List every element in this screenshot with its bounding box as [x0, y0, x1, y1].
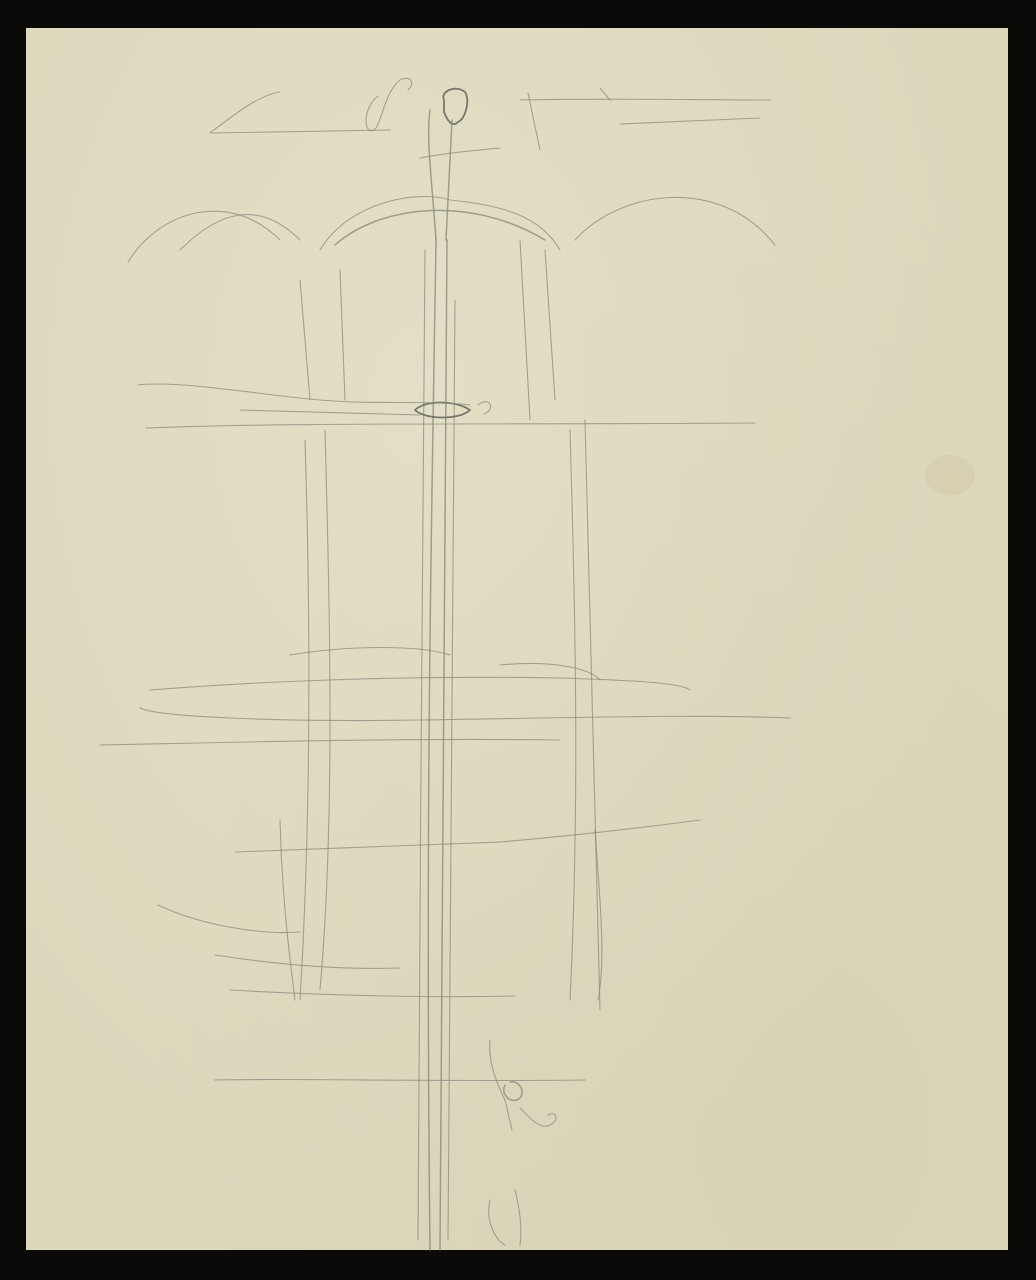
- top-horizon-strokes: [210, 88, 770, 150]
- middle-horizon-lines: [100, 648, 790, 746]
- pencil-sketch: [0, 0, 1036, 1280]
- bottom-figure: [489, 1040, 556, 1245]
- arched-canopy: [128, 197, 775, 420]
- side-trunks: [280, 420, 602, 1010]
- central-pole: [415, 240, 491, 1250]
- top-figure: [366, 78, 500, 240]
